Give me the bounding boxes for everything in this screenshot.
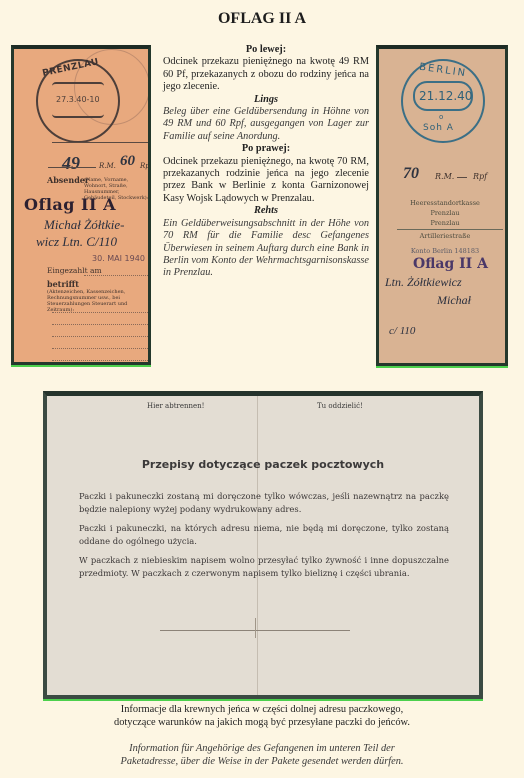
print-line-2: Prenzlau bbox=[379, 209, 508, 217]
handwritten-firstname: Michał bbox=[437, 293, 471, 308]
postmark-date: 21.12.40 bbox=[419, 89, 472, 103]
parcel-regulations-card: Hier abtrennen! Tu oddzielić! Przepisy d… bbox=[43, 391, 483, 699]
regarding-fine-print: (Aktenzeichen, Kassenzeichen, Rechnungsn… bbox=[47, 289, 151, 313]
handwritten-block: c/ 110 bbox=[389, 325, 415, 337]
page-title: OFLAG II A bbox=[0, 10, 524, 28]
caption-german: Information für Angehörige des Gefangene… bbox=[0, 742, 524, 768]
dotted-line bbox=[52, 360, 150, 361]
handwritten-rank: wicz Ltn. C/110 bbox=[36, 234, 117, 250]
account-number: Konto Berlin 148183 bbox=[379, 247, 508, 255]
dash bbox=[457, 177, 467, 178]
right-description-de: Ein Geldüberweisungsabschnitt in der Höh… bbox=[163, 218, 369, 280]
print-line-3: Prenzlau bbox=[379, 219, 508, 227]
regarding-label: betrifft bbox=[47, 281, 79, 288]
regulation-paragraph: Paczki i pakuneczki, na których adresu n… bbox=[79, 522, 449, 548]
handwritten-name: Michał Żółtkie- bbox=[44, 217, 125, 233]
card-heading: Przepisy dotyczące paczek pocztowych bbox=[47, 458, 479, 471]
print-line-1: Heeresstandortkasse bbox=[379, 199, 508, 207]
rm-label: R.M. bbox=[99, 163, 116, 170]
tear-here-pl: Tu oddzielić! bbox=[317, 402, 363, 410]
caption-de-line-2: Paketadresse, über die Weise in der Pake… bbox=[0, 755, 524, 768]
right-heading: Po prawej: bbox=[163, 143, 369, 155]
oflag-stamp: Oflag II A bbox=[413, 256, 488, 272]
print-line-4: Artilleriestraße bbox=[379, 232, 508, 240]
amount-rm: 70 bbox=[403, 165, 419, 183]
left-description-pl: Odcinek przekazu pieniężnego na kwotę 49… bbox=[163, 56, 369, 93]
paid-in-label: Eingezahlt am bbox=[47, 267, 102, 274]
tear-here-de: Hier abtrennen! bbox=[147, 402, 205, 410]
dotted-line bbox=[52, 336, 150, 337]
caption-pl-line-2: dotyczące warunków na jakich mogą być pr… bbox=[0, 716, 524, 729]
dotted-line bbox=[52, 348, 150, 349]
right-description-pl: Odcinek przekazu pieniężnego, na kwotę 7… bbox=[163, 156, 369, 206]
amount-rm: 49 bbox=[62, 153, 80, 174]
left-heading-de: Lings bbox=[163, 94, 369, 106]
amount-pf: 60 bbox=[120, 153, 135, 170]
dotted-line bbox=[52, 312, 150, 313]
dotted-line bbox=[52, 324, 150, 325]
received-date-stamp: 30. MAI 1940 bbox=[92, 254, 145, 263]
dotted-line bbox=[84, 275, 148, 276]
caption-polish: Informacje dla krewnych jeńca w części d… bbox=[0, 703, 524, 729]
handwritten-name: Ltn. Żółtkiewicz bbox=[385, 275, 462, 290]
caption-pl-line-1: Informacje dla krewnych jeńca w części d… bbox=[0, 703, 524, 716]
description-block: Po lewej: Odcinek przekazu pieniężnego n… bbox=[163, 44, 369, 280]
divider-line bbox=[52, 142, 151, 143]
rm-label: R.M. bbox=[435, 173, 454, 180]
pf-label: Rpf bbox=[473, 173, 487, 180]
postmark-date: 27.3.40-10 bbox=[56, 95, 100, 104]
sender-label: Absender bbox=[47, 177, 89, 184]
regulation-paragraph: W paczkach z niebieskim napisem wolno pr… bbox=[79, 554, 449, 580]
pf-label: Rpf. bbox=[140, 163, 151, 170]
divider-line bbox=[397, 229, 503, 230]
card-body: Paczki i pakuneczki zostaną mi doręczone… bbox=[79, 490, 449, 586]
left-heading: Po lewej: bbox=[163, 44, 369, 56]
right-money-order-slip: BERLIN 21.12.40 o Soh A 70 R.M. Rpf Heer… bbox=[376, 45, 508, 366]
oflag-stamp: Oflag II A bbox=[24, 195, 116, 214]
caption-de-line-1: Information für Angehörige des Gefangene… bbox=[0, 742, 524, 755]
right-heading-de: Rehts bbox=[163, 205, 369, 217]
postmark-dot: o bbox=[439, 113, 445, 121]
regulation-paragraph: Paczki i pakuneczki zostaną mi doręczone… bbox=[79, 490, 449, 516]
left-description-de: Beleg über eine Geldübersendung in Höhne… bbox=[163, 106, 369, 143]
fold-tick bbox=[255, 618, 256, 638]
left-money-order-slip: PRENZLAU 27.3.40-10 49 R.M. 60 Rpf. Abse… bbox=[11, 45, 151, 365]
postmark-office: Soh A bbox=[423, 123, 454, 133]
amount-line bbox=[48, 167, 96, 168]
